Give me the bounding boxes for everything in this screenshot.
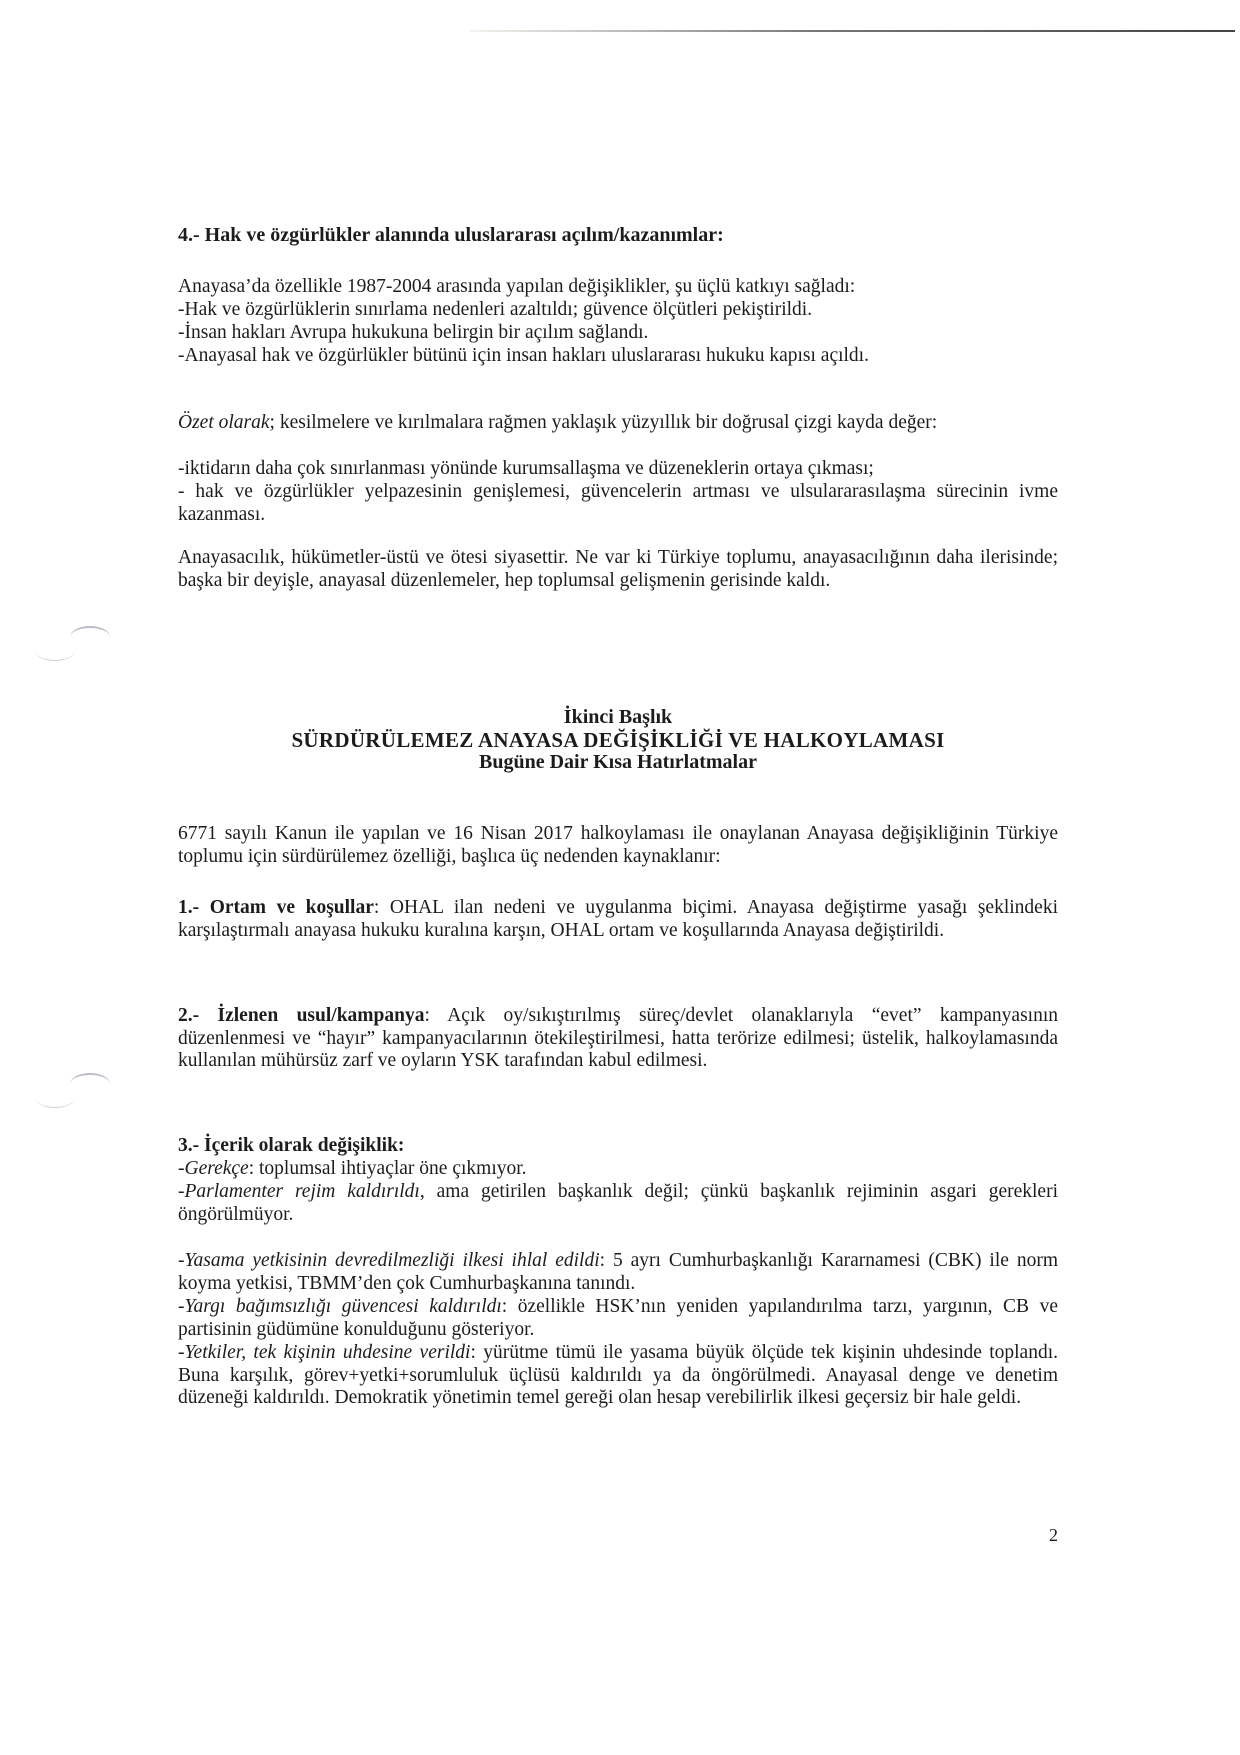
punch-hole-mark <box>70 626 110 648</box>
summary-label: Özet olarak <box>178 412 270 433</box>
list-item: -İnsan hakları Avrupa hukukuna belirgin … <box>178 322 1058 345</box>
list-item: - hak ve özgürlükler yelpazesinin genişl… <box>178 481 1058 526</box>
item-label: -Gerekçe <box>178 1158 249 1179</box>
list-item: -iktidarın daha çok sınırlanması yönünde… <box>178 458 1058 481</box>
section-4-heading: 4.- Hak ve özgürlükler alanında uluslara… <box>178 224 1058 247</box>
list-item: -Hak ve özgürlüklerin sınırlama nedenler… <box>178 299 1058 322</box>
reason-1-label: 1.- Ortam ve koşullar <box>178 897 374 918</box>
chapter-heading: İkinci Başlık SÜRDÜRÜLEMEZ ANAYASA DEĞİŞ… <box>178 706 1058 774</box>
intro-paragraph: 6771 sayılı Kanun ile yapılan ve 16 Nisa… <box>178 823 1058 868</box>
list-item: -Anayasal hak ve özgürlükler bütünü için… <box>178 345 1058 368</box>
punch-hole-mark <box>70 1073 110 1095</box>
list-item: -Yargı bağımsızlığı güvencesi kaldırıldı… <box>178 1296 1058 1341</box>
chapter-title: SÜRDÜRÜLEMEZ ANAYASA DEĞİŞİKLİĞİ VE HALK… <box>178 729 1058 752</box>
chapter-subtitle: Bugüne Dair Kısa Hatırlatmalar <box>178 751 1058 774</box>
list-item: -Yasama yetkisinin devredilmezliği ilkes… <box>178 1250 1058 1295</box>
summary-text: ; kesilmelere ve kırılmalara rağmen yakl… <box>270 412 938 433</box>
section-4-intro: Anayasa’da özellikle 1987-2004 arasında … <box>178 276 1058 299</box>
page-number: 2 <box>1049 1525 1058 1546</box>
item-label: -Yasama yetkisinin devredilmezliği ilkes… <box>178 1250 600 1271</box>
punch-hole-mark <box>35 640 75 661</box>
reason-3-label: 3.- İçerik olarak değişiklik: <box>178 1135 1058 1158</box>
item-label: -Yargı bağımsızlığı güvencesi kaldırıldı <box>178 1296 502 1317</box>
reason-2-label: 2.- İzlenen usul/kampanya <box>178 1005 424 1026</box>
item-label: -Parlamenter rejim kaldırıldı <box>178 1181 420 1202</box>
item-label: -Yetkiler, tek kişinin uhdesine verildi <box>178 1342 470 1363</box>
reason-1: 1.- Ortam ve koşullar: OHAL ilan nedeni … <box>178 897 1058 942</box>
item-text: : toplumsal ihtiyaçlar öne çıkmıyor. <box>249 1158 527 1179</box>
scan-top-rule <box>470 30 1235 32</box>
closing-paragraph: Anayasacılık, hükümetler-üstü ve ötesi s… <box>178 547 1058 592</box>
chapter-label: İkinci Başlık <box>178 706 1058 729</box>
summary-paragraph: Özet olarak; kesilmelere ve kırılmalara … <box>178 412 1058 435</box>
reason-2: 2.- İzlenen usul/kampanya: Açık oy/sıkış… <box>178 1005 1058 1073</box>
list-item: -Gerekçe: toplumsal ihtiyaçlar öne çıkmı… <box>178 1158 1058 1181</box>
list-item: -Yetkiler, tek kişinin uhdesine verildi:… <box>178 1342 1058 1410</box>
punch-hole-mark <box>35 1087 75 1108</box>
list-item: -Parlamenter rejim kaldırıldı, ama getir… <box>178 1181 1058 1226</box>
